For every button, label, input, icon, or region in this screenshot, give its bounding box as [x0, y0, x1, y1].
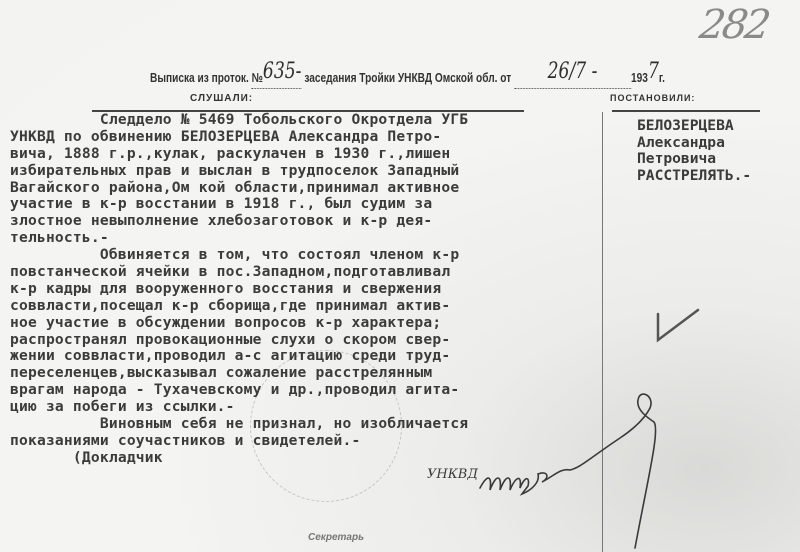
text-line: избирательных прав и выслан в трудпосело…	[10, 163, 600, 180]
text-line: Обвиняется в том, что состоял членом к-р	[10, 247, 600, 264]
text-line: ное участие в обсуждении вопросов к-р ха…	[10, 315, 600, 332]
protocol-header: Выписка из проток. №635- заседания Тройк…	[150, 63, 665, 89]
scanned-document-page: 282 Выписка из проток. №635- заседания Т…	[0, 0, 800, 552]
header-rule-right	[612, 110, 760, 112]
protocol-number-field: №635-	[252, 63, 302, 89]
resolution-text-block: БЕЛОЗЕРЦЕВААлександраПетровичаРАССТРЕЛЯТ…	[637, 118, 751, 184]
text-line: к-р кадры для вооруженного восстания и с…	[10, 281, 600, 298]
handwritten-signature	[470, 378, 730, 552]
text-line: злостное невыполнение хлебозаготовок и к…	[10, 213, 600, 230]
checkmark-icon	[650, 300, 700, 350]
resolution-line: Александра	[637, 135, 751, 152]
number-sign: №	[252, 70, 263, 85]
year-unit: г.	[659, 70, 665, 85]
resolution-line: БЕЛОЗЕРЦЕВА	[637, 118, 751, 135]
text-line: вича, 1888 г.р.,кулак, раскулачен в 1930…	[10, 146, 600, 163]
protocol-number: 635-	[263, 59, 302, 84]
text-line: повстанческой ячейки в пос.Западном,подг…	[10, 264, 600, 281]
text-line: Вагайского района,Ом кой области,принима…	[10, 180, 600, 197]
archive-page-number: 282	[697, 2, 771, 48]
text-line: Следдело № 5469 Тобольского Окротдела УГ…	[10, 112, 600, 129]
text-line: распространял провокационные слухи о ско…	[10, 332, 600, 349]
secretary-label: Секретарь	[308, 532, 364, 543]
meeting-date-field: 26/7 -	[514, 63, 631, 89]
text-line: соввласти,посещал к-р сборища,где приним…	[10, 298, 600, 315]
text-line: УНКВД по обвинению БЕЛОЗЕРЦЕВА Александр…	[10, 129, 600, 146]
resolution-line: РАССТРЕЛЯТЬ.-	[637, 168, 751, 185]
extract-label: Выписка из проток.	[150, 70, 249, 85]
text-line: жении соввласти,проводил а-с агитацию ср…	[10, 348, 600, 365]
year-suffix: 7	[648, 59, 659, 84]
resolved-label: ПОСТАНОВИЛИ:	[610, 93, 695, 103]
meeting-date: 26/7 -	[548, 59, 598, 84]
heard-label: СЛУШАЛИ:	[190, 93, 253, 104]
resolution-line: Петровича	[637, 151, 751, 168]
text-line: тельность.-	[10, 230, 600, 247]
text-line: участие в к-р восстании в 1918 г., был с…	[10, 196, 600, 213]
reporter-unkvd: УНКВД	[427, 467, 478, 482]
year-prefix: 193	[631, 70, 648, 85]
meeting-label: заседания Тройки УНКВД Омской обл. от	[304, 70, 511, 85]
